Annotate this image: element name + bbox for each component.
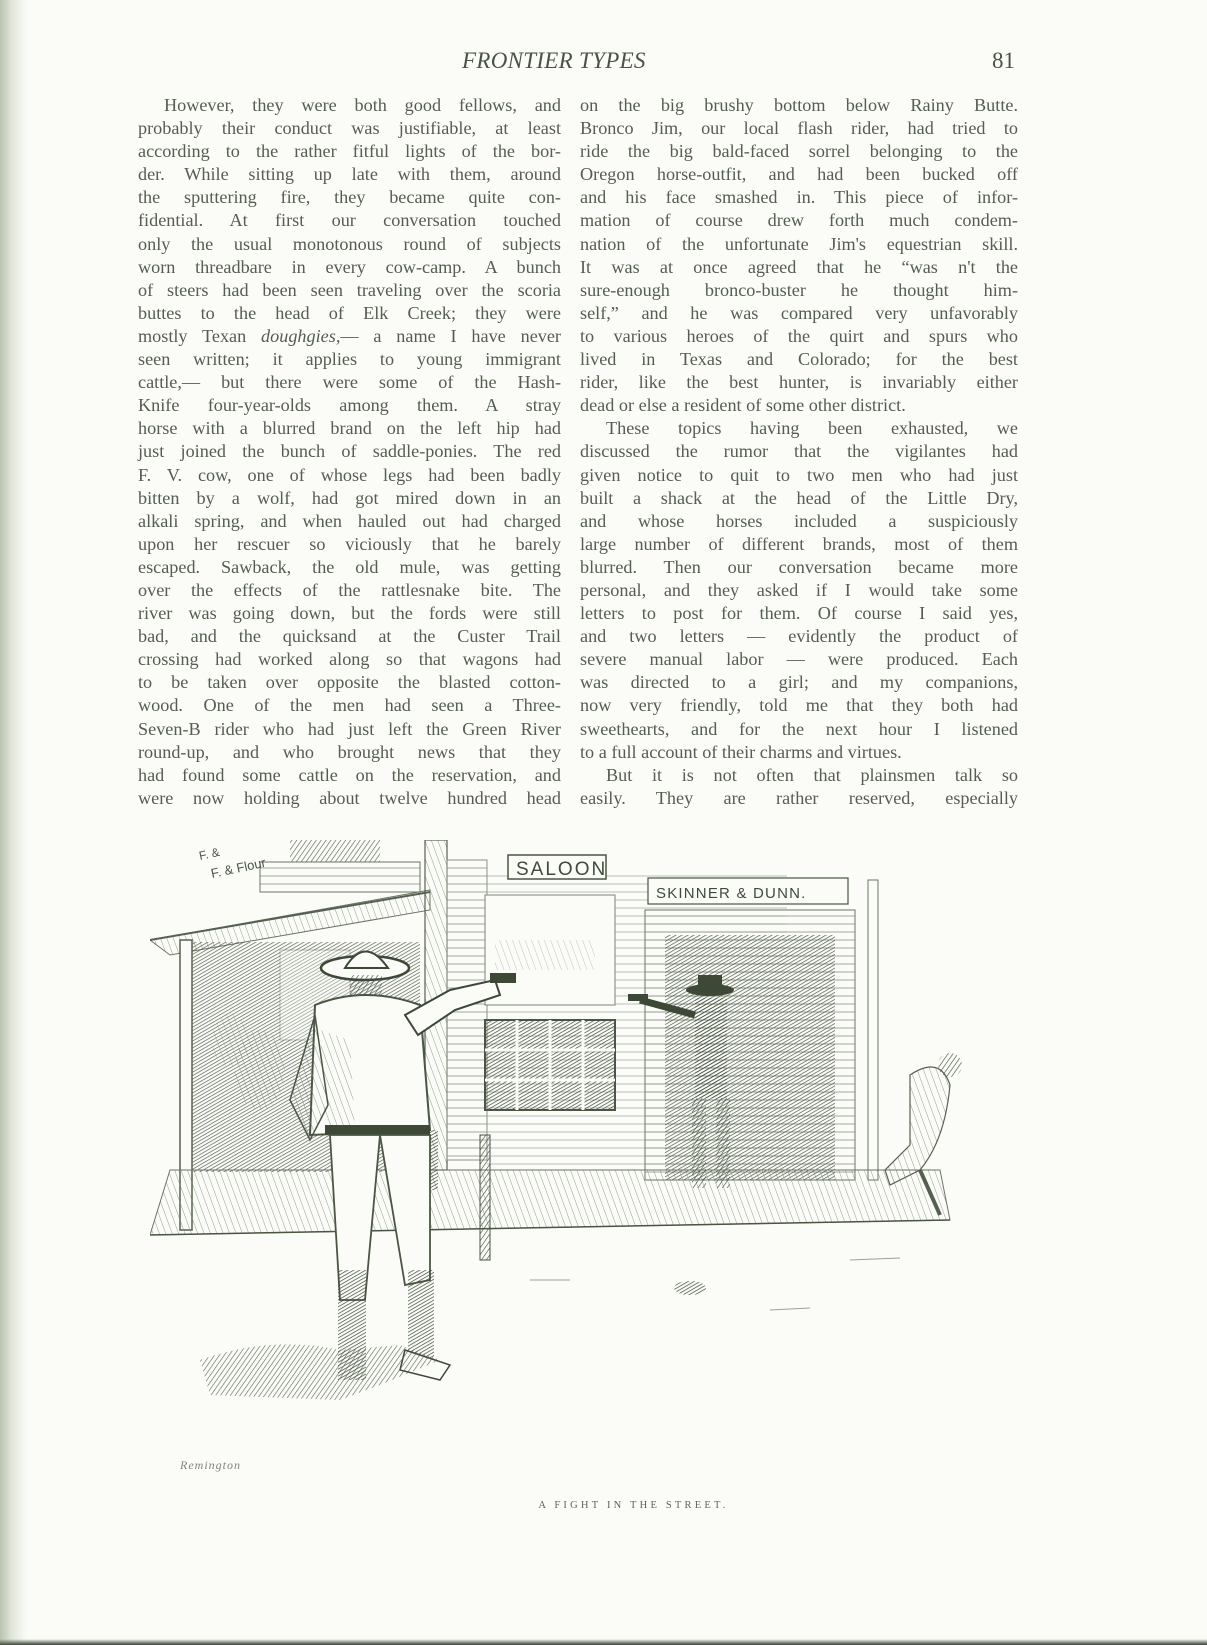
text-line: Seven-B rider who had just left the Gree… — [138, 718, 561, 741]
text-line: It was at once agreed that he “was n't t… — [580, 256, 1018, 279]
text-line: the sputtering fire, they became quite c… — [138, 186, 561, 209]
text-line: seen written; it applies to young immigr… — [138, 348, 561, 371]
text-line: horse with a blurred brand on the left h… — [138, 417, 561, 440]
text-line: to be taken over opposite the blasted co… — [138, 671, 561, 694]
text-line: bitten by a wolf, had got mired down in … — [138, 487, 561, 510]
text-line: round-up, and who brought news that they — [138, 741, 561, 764]
text-line: But it is not often that plainsmen talk … — [580, 764, 1018, 787]
text-line: nation of the unfortunate Jim's equestri… — [580, 233, 1018, 256]
text-line: Oregon horse-outfit, and had been bucked… — [580, 163, 1018, 186]
text-line: built a shack at the head of the Little … — [580, 487, 1018, 510]
text-line: der. While sitting up late with them, ar… — [138, 163, 561, 186]
svg-text:SKINNER & DUNN.: SKINNER & DUNN. — [656, 885, 807, 902]
text-line: had found some cattle on the reservation… — [138, 764, 561, 787]
text-line: severe manual labor — were produced. Eac… — [580, 648, 1018, 671]
text-line: escaped. Sawback, the old mule, was gett… — [138, 556, 561, 579]
text-line: to a full account of their charms and vi… — [580, 741, 1018, 764]
text-line: letters to post for them. Of course I sa… — [580, 602, 1018, 625]
text-line: large number of different brands, most o… — [580, 533, 1018, 556]
text-line: wood. One of the men had seen a Three- — [138, 694, 561, 717]
text-line: lived in Texas and Colorado; for the bes… — [580, 348, 1018, 371]
text-line: However, they were both good fellows, an… — [138, 94, 561, 117]
text-line: dead or else a resident of some other di… — [580, 394, 1018, 417]
text-line: and whose horses included a suspiciously — [580, 510, 1018, 533]
text-line: easily. They are rather reserved, especi… — [580, 787, 1018, 810]
text-line: self,” and he was compared very unfavora… — [580, 302, 1018, 325]
italic-term: doughgies, — [261, 326, 340, 346]
text-line: worn threadbare in every cow-camp. A bun… — [138, 256, 561, 279]
text-line: sure-enough bronco-buster he thought him… — [580, 279, 1018, 302]
text-line: according to the rather fitful lights of… — [138, 140, 561, 163]
text-line: probably their conduct was justifiable, … — [138, 117, 561, 140]
text-line: bad, and the quicksand at the Custer Tra… — [138, 625, 561, 648]
figure-caption: A FIGHT IN THE STREET. — [0, 1500, 1207, 1511]
text-line-italic: mostly Texan doughgies,— a name I have n… — [138, 325, 561, 348]
text-line: These topics having been exhausted, we — [580, 417, 1018, 440]
text-line: on the big brushy bottom below Rainy But… — [580, 94, 1018, 117]
artist-signature: Remington — [180, 1458, 241, 1473]
text-line: was directed to a girl; and my companion… — [580, 671, 1018, 694]
text-line: just joined the bunch of saddle-ponies. … — [138, 440, 561, 463]
svg-text:F. &: F. & — [198, 845, 221, 863]
text-line: to various heroes of the quirt and spurs… — [580, 325, 1018, 348]
text-line: cattle,— but there were some of the Hash… — [138, 371, 561, 394]
svg-text:SALOON: SALOON — [516, 859, 607, 880]
text-line: Bronco Jim, our local flash rider, had t… — [580, 117, 1018, 140]
running-title: FRONTIER TYPES — [462, 48, 646, 74]
text-line: mation of course drew forth much condem- — [580, 209, 1018, 232]
text-line: buttes to the head of Elk Creek; they we… — [138, 302, 561, 325]
text-line: alkali spring, and when hauled out had c… — [138, 510, 561, 533]
illustration-fight-in-street: F. & F. & Flour SALOON SKINNER & DUNN. — [150, 840, 1010, 1440]
text-column-left: However, they were both good fellows, an… — [138, 94, 561, 810]
text-line: were now holding about twelve hundred he… — [138, 787, 561, 810]
text-line: of steers had been seen traveling over t… — [138, 279, 561, 302]
text-line: river was going down, but the fords were… — [138, 602, 561, 625]
text-line: only the usual monotonous round of subje… — [138, 233, 561, 256]
text-line: blurred. Then our conversation became mo… — [580, 556, 1018, 579]
text-line: discussed the rumor that the vigilantes … — [580, 440, 1018, 463]
roof-chimney — [290, 840, 380, 862]
text-line: given notice to quit to two men who had … — [580, 464, 1018, 487]
text-line: fidential. At first our conversation tou… — [138, 209, 561, 232]
text-line: ride the big bald-faced sorrel belonging… — [580, 140, 1018, 163]
text-line: and two letters — evidently the product … — [580, 625, 1018, 648]
text-line: crossing had worked along so that wagons… — [138, 648, 561, 671]
text-line: F. V. cow, one of whose legs had been ba… — [138, 464, 561, 487]
text-line: now very friendly, told me that they bot… — [580, 694, 1018, 717]
text-line: rider, like the best hunter, is invariab… — [580, 371, 1018, 394]
text-line: and his face smashed in. This piece of i… — [580, 186, 1018, 209]
text-line: sweethearts, and for the next hour I lis… — [580, 718, 1018, 741]
page-bottom-edge — [0, 1639, 1207, 1645]
page-binding-shadow — [0, 0, 28, 1645]
running-head: FRONTIER TYPES 81 — [0, 48, 1207, 78]
text-column-right: on the big brushy bottom below Rainy But… — [580, 94, 1018, 810]
text-line: personal, and they asked if I would take… — [580, 579, 1018, 602]
text-line: upon her rescuer so viciously that he ba… — [138, 533, 561, 556]
text-line: Knife four-year-olds among them. A stray — [138, 394, 561, 417]
text-line: over the effects of the rattlesnake bite… — [138, 579, 561, 602]
page-number: 81 — [992, 48, 1015, 74]
